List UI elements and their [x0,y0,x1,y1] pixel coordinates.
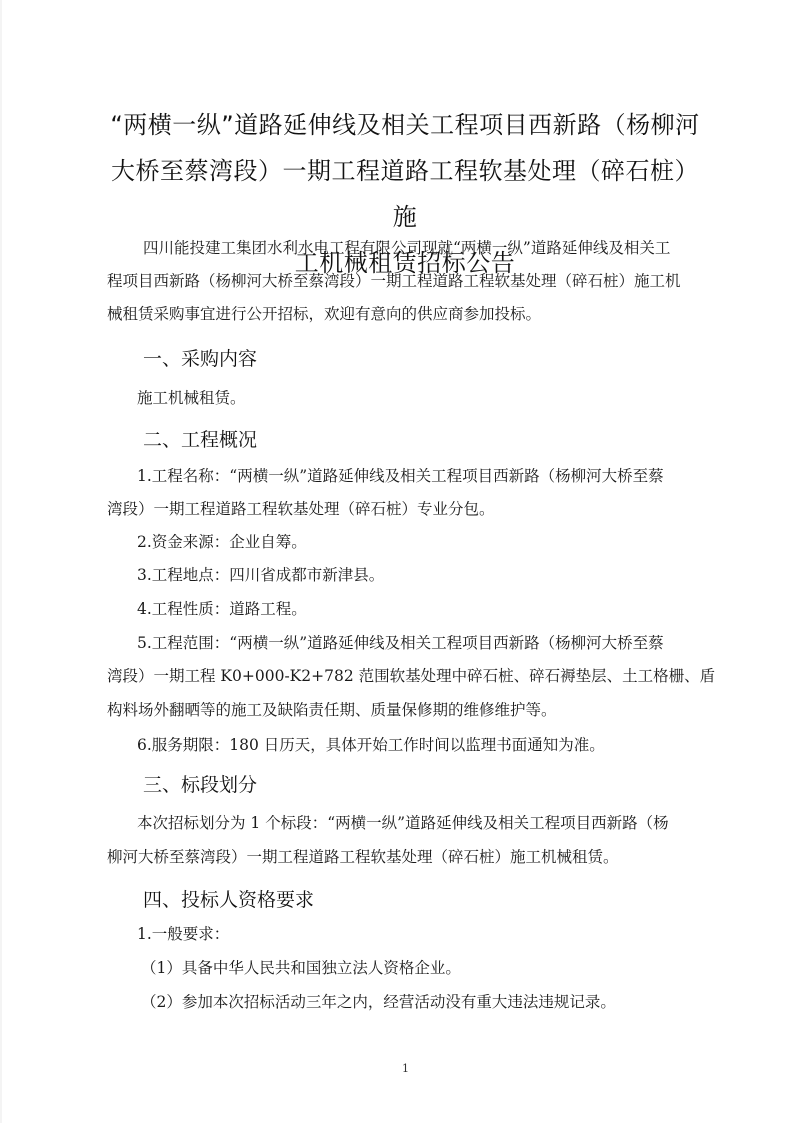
section-4-line-2: （1）具备中华人民共和国独立法人资格企业。 [141,956,461,978]
section-3-line-2: 柳河大桥至蔡湾段）一期工程道路工程软基处理（碎石桩）施工机械租赁。 [107,845,619,867]
section-heading-qualifications: 四、投标人资格要求 [143,885,314,912]
section-heading-overview: 二、工程概况 [143,425,257,452]
section-2-line-2: 湾段）一期工程道路工程软基处理（碎石桩）专业分包。 [107,497,495,519]
intro-line-2: 程项目西新路（杨柳河大桥至蔡湾段）一期工程道路工程软基处理（碎石桩）施工机 [107,269,681,291]
section-2-line-4: 3.工程地点：四川省成都市新津县。 [137,563,384,585]
title-line-1: “两横一纵”道路延伸线及相关工程项目西新路（杨柳河 [100,102,710,148]
section-heading-procurement: 一、采购内容 [143,344,257,371]
section-2-line-8: 构料场外翻晒等的施工及缺陷责任期、质量保修期的维修维护等。 [107,698,557,720]
section-3-line-1: 本次招标划分为 1 个标段：“两横一纵”道路延伸线及相关工程项目西新路（杨 [137,811,669,833]
section-1-line-1: 施工机械租赁。 [137,386,246,408]
title-line-2: 大桥至蔡湾段）一期工程道路工程软基处理（碎石桩）施 [100,148,710,240]
section-2-line-6: 5.工程范围：“两横一纵”道路延伸线及相关工程项目西新路（杨柳河大桥至蔡 [137,631,664,653]
page-number: 1 [402,1062,409,1075]
intro-line-1: 四川能投建工集团水利水电工程有限公司现就“两横一纵”道路延伸线及相关工 [143,236,670,258]
section-4-line-3: （2）参加本次招标活动三年之内，经营活动没有重大违法违规记录。 [141,990,616,1012]
scan-edge [0,0,2,1123]
section-2-line-1: 1.工程名称：“两横一纵”道路延伸线及相关工程项目西新路（杨柳河大桥至蔡 [137,464,664,486]
intro-line-3: 械租赁采购事宜进行公开招标，欢迎有意向的供应商参加投标。 [107,302,541,324]
section-2-line-5: 4.工程性质：道路工程。 [137,597,307,619]
section-2-line-3: 2.资金来源：企业自筹。 [137,530,307,552]
document-title: “两横一纵”道路延伸线及相关工程项目西新路（杨柳河 大桥至蔡湾段）一期工程道路工… [100,102,710,286]
section-4-line-1: 1.一般要求： [137,922,229,944]
section-2-line-7: 湾段）一期工程 K0+000-K2+782 范围软基处理中碎石桩、碎石褥垫层、土… [107,664,715,686]
section-2-line-9: 6.服务期限：180 日历天，具体开始工作时间以监理书面通知为准。 [137,733,605,755]
section-heading-lots: 三、标段划分 [143,770,257,797]
